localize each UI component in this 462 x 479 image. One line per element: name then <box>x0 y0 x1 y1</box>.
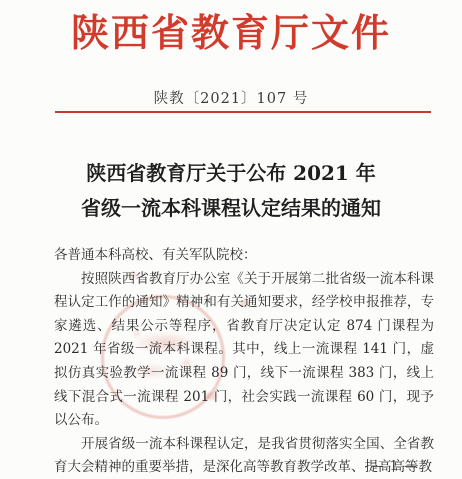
body-paragraph: 按照陕西省教育厅办公室《关于开展第二批省级一流本科课程认定工作的通知》精神和有关… <box>54 268 434 433</box>
document-reference-number: 陕教〔2021〕107 号 <box>0 87 462 108</box>
document-body: 各普通本科高校、有关军队院校： 按照陕西省教育厅办公室《关于开展第二批省级一流本… <box>54 244 434 479</box>
document-title-line1: 陕西省教育厅关于公布 2021 年 <box>0 156 462 191</box>
document-page: 陕西省教育厅文件 陕教〔2021〕107 号 陕西省教育厅关于公布 2021 年… <box>0 0 462 479</box>
document-title-line2: 省级一流本科课程认定结果的通知 <box>0 191 462 226</box>
letterhead-title: 陕西省教育厅文件 <box>0 2 462 57</box>
page-number: — 1 — <box>370 459 418 474</box>
document-title: 陕西省教育厅关于公布 2021 年 省级一流本科课程认定结果的通知 <box>0 156 462 226</box>
red-separator-line <box>55 111 431 113</box>
salutation-line: 各普通本科高校、有关军队院校： <box>54 244 434 268</box>
